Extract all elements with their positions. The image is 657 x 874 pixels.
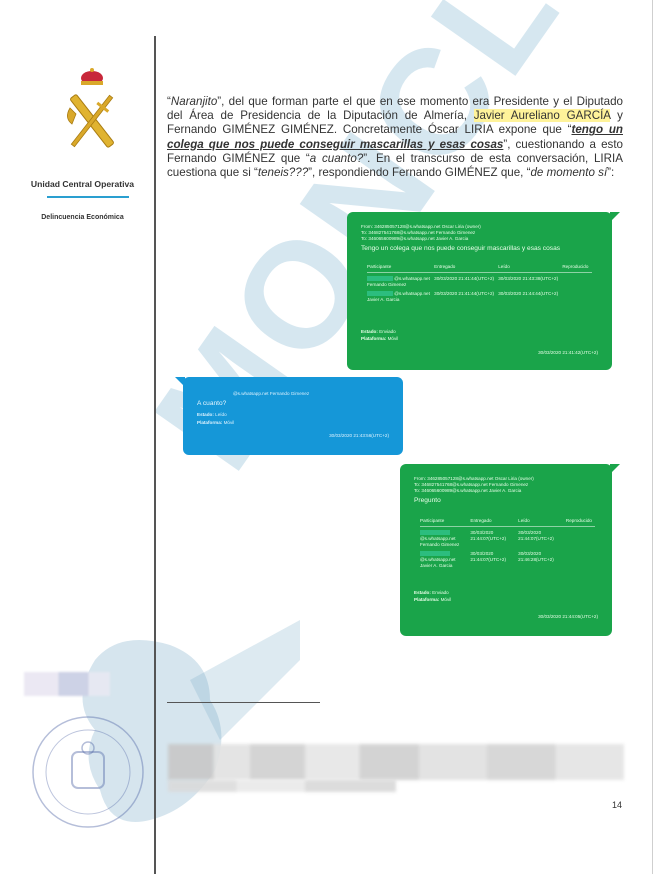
delivery-table: Participante Entregado Leído Reproducido… (420, 518, 595, 569)
redacted-number (420, 530, 450, 535)
chat-message-incoming: @s.whatsapp.net Fernando Gimenez A cuant… (183, 377, 403, 455)
body-paragraph: “Naranjito”, del que forman parte el que… (167, 95, 623, 180)
table-row: @s.whatsapp.netJavier A. Garcia 30/03/20… (420, 548, 595, 569)
department-name: Delincuencia Económica (20, 214, 145, 221)
message-to: To: 346065600989@s.whatsapp.net Javier A… (361, 236, 468, 242)
message-platform: Plataforma: Móvil (197, 420, 234, 426)
unit-divider (47, 196, 129, 198)
table-row: @s.whatsapp.netJavier A. Garcia 30/03/20… (367, 288, 592, 303)
message-timestamp: 30/03/2020 21:44:05(UTC+2) (538, 614, 598, 620)
page-number: 14 (612, 800, 622, 810)
chat-message-outgoing: From: 346285057128@s.whatsapp.net Oscar … (347, 212, 612, 370)
message-to: To: 346065600989@s.whatsapp.net Javier A… (414, 488, 521, 494)
message-status: Estado: Enviado (361, 329, 396, 335)
message-text: Tengo un colega que nos puede conseguir … (361, 246, 560, 252)
footnote-separator (167, 702, 320, 703)
redacted-number (367, 291, 393, 296)
margin-rule (154, 36, 156, 874)
message-timestamp: 30/03/2020 21:41:42(UTC+2) (538, 350, 598, 356)
delivery-table: Participante Entregado Leído Reproducido… (367, 264, 592, 303)
redacted-number (367, 276, 393, 281)
table-row: @s.whatsapp.netFernando Gimenez 30/03/20… (367, 273, 592, 289)
message-text: Pregunto (414, 498, 441, 504)
message-text: A cuanto? (197, 401, 226, 407)
redacted-number (420, 551, 450, 556)
unit-name: Unidad Central Operativa (20, 179, 145, 189)
redacted-footnote (168, 744, 624, 780)
redacted-footnote (168, 780, 396, 792)
message-platform: Plataforma: Móvil (361, 336, 398, 342)
bubble-tail (610, 464, 620, 474)
bubble-tail (175, 377, 185, 387)
message-status: Estado: Enviado (414, 590, 449, 596)
message-status: Estado: Leído (197, 412, 227, 418)
guardia-civil-crest-icon (60, 66, 124, 152)
highlighted-name: Javier Aureliano GARCÍA (474, 109, 611, 122)
table-row: @s.whatsapp.netFernando Gimenez 30/03/20… (420, 527, 595, 549)
page-edge (652, 0, 653, 874)
redacted-stamp-text (24, 672, 110, 696)
message-platform: Plataforma: Móvil (414, 597, 451, 603)
message-timestamp: 30/03/2020 21:43:56(UTC+2) (329, 433, 389, 439)
chat-message-outgoing: From: 346285057128@s.whatsapp.net Oscar … (400, 464, 612, 636)
message-sender: @s.whatsapp.net Fernando Gimenez (233, 391, 309, 397)
official-seal-icon (28, 712, 148, 832)
bubble-tail (610, 212, 620, 222)
